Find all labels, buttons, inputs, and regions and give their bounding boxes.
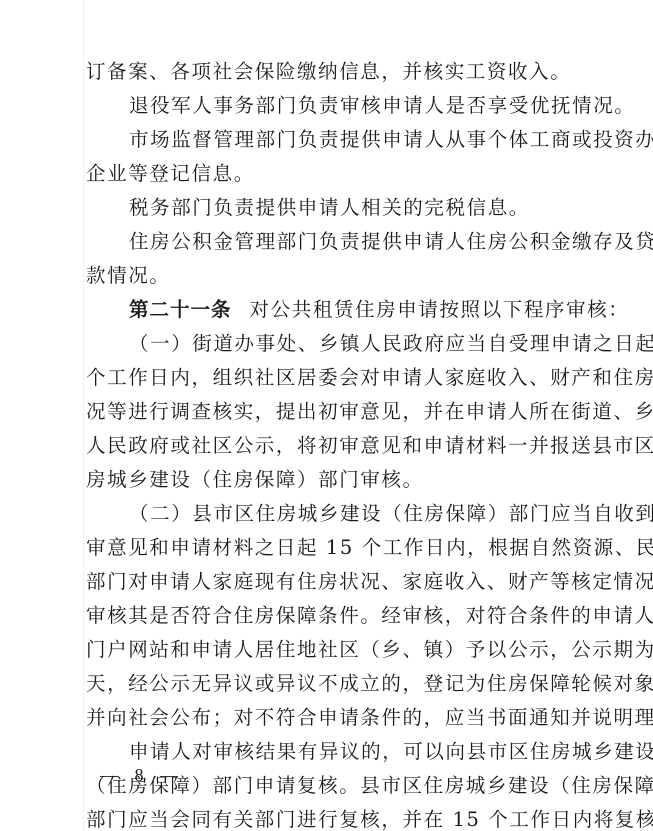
- text-line: 并向社会公布；对不符合申请条件的，应当书面通知并说明理由。: [86, 701, 576, 735]
- page-edge-line: [83, 0, 84, 831]
- paragraph-tax-department: 税务部门负责提供申请人相关的完税信息。: [86, 191, 576, 225]
- text-line: 企业等登记信息。: [86, 157, 576, 191]
- paragraph-housing-fund: 住房公积金管理部门负责提供申请人住房公积金缴存及贷: [86, 225, 576, 259]
- text-line: 况等进行调查核实，提出初审意见，并在申请人所在街道、乡镇: [86, 395, 576, 429]
- article-text: 对公共租赁住房申请按照以下程序审核：: [250, 298, 630, 321]
- page-number: — 8 —: [100, 763, 184, 787]
- text-line: 审核其是否符合住房保障条件。经审核，对符合条件的申请人在: [86, 599, 576, 633]
- text-line: 人民政府或社区公示，将初审意见和申请材料一并报送县市区住: [86, 429, 576, 463]
- article-label: 第二十一条: [129, 298, 232, 321]
- paragraph-step-2: （二）县市区住房城乡建设（住房保障）部门应当自收到初: [86, 497, 576, 531]
- paragraph-veterans-affairs: 退役军人事务部门负责审核申请人是否享受优抚情况。: [86, 89, 576, 123]
- text-line: 门户网站和申请人居住地社区（乡、镇）予以公示，公示期为 7: [86, 633, 576, 667]
- text-line: 部门对申请人家庭现有住房状况、家庭收入、财产等核定情况，: [86, 565, 576, 599]
- text-line: 房城乡建设（住房保障）部门审核。: [86, 463, 576, 497]
- text-line: 审意见和申请材料之日起 15 个工作日内，根据自然资源、民政等: [86, 531, 576, 565]
- text-line: 部门应当会同有关部门进行复核，并在 15 个工作日内将复核结果: [86, 803, 576, 831]
- paragraph-market-supervision: 市场监督管理部门负责提供申请人从事个体工商或投资办: [86, 123, 576, 157]
- text-line: 个工作日内，组织社区居委会对申请人家庭收入、财产和住房状: [86, 361, 576, 395]
- text-line: 款情况。: [86, 259, 576, 293]
- document-body: 订备案、各项社会保险缴纳信息，并核实工资收入。 退役军人事务部门负责审核申请人是…: [86, 55, 586, 831]
- paragraph-step-1: （一）街道办事处、乡镇人民政府应当自受理申请之日起 20: [86, 327, 576, 361]
- text-line: 订备案、各项社会保险缴纳信息，并核实工资收入。: [86, 55, 576, 89]
- article-21-heading: 第二十一条对公共租赁住房申请按照以下程序审核：: [86, 293, 576, 327]
- text-line: 天，经公示无异议或异议不成立的，登记为住房保障轮候对象，: [86, 667, 576, 701]
